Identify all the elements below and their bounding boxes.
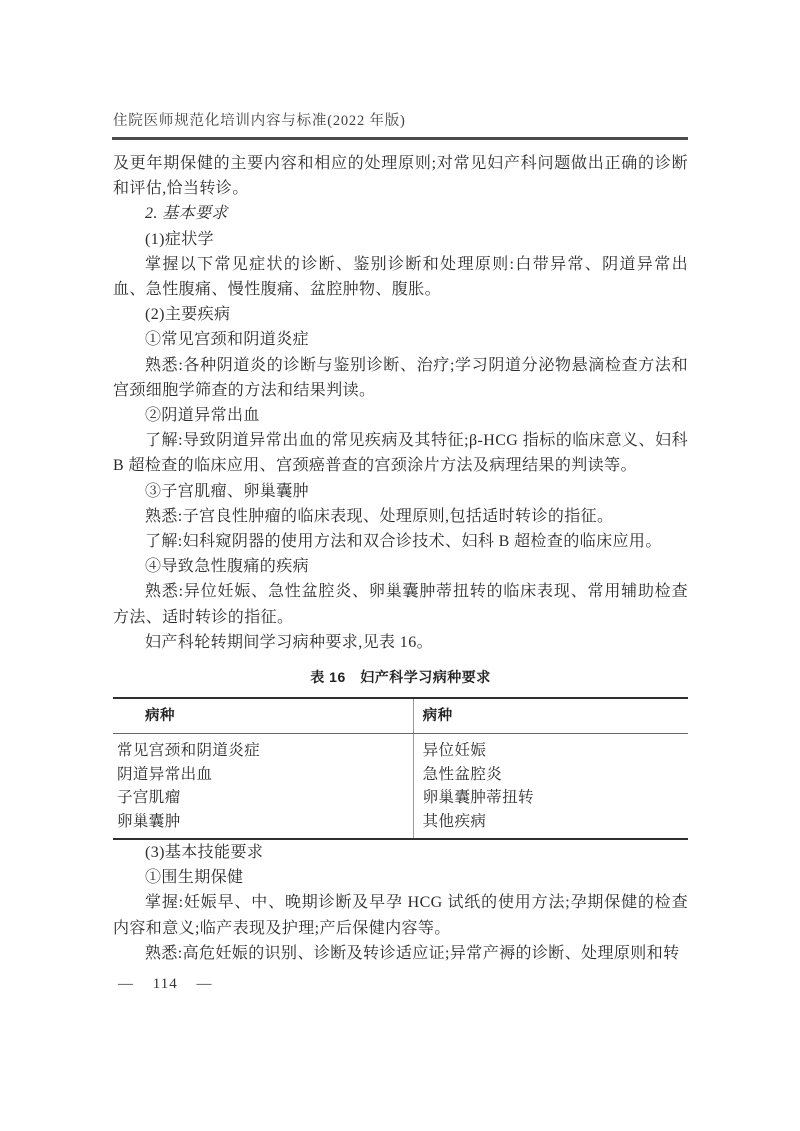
table-row: 阴道异常出血 急性盆腔炎	[113, 763, 688, 787]
table-cell: 其他疾病	[413, 810, 688, 839]
paragraph: 熟悉:异位妊娠、急性盆腔炎、卵巢囊肿蒂扭转的临床表现、常用辅助检查方法、适时转诊…	[113, 579, 688, 629]
table-row: 卵巢囊肿 其他疾病	[113, 810, 688, 839]
table-cell: 异位妊娠	[413, 734, 688, 763]
item-heading: ④导致急性腹痛的疾病	[113, 554, 688, 579]
paragraph: 熟悉:高危妊娠的识别、诊断及转诊适应证;异常产褥的诊断、处理原则和转	[113, 941, 688, 966]
paragraph: 掌握以下常见症状的诊断、鉴别诊断和处理原则:白带异常、阴道异常出血、急性腹痛、慢…	[113, 252, 688, 302]
table-cell: 阴道异常出血	[113, 763, 413, 787]
item-heading: ②阴道异常出血	[113, 403, 688, 428]
table-row: 子宫肌瘤 卵巢囊肿蒂扭转	[113, 786, 688, 810]
subsection-heading-basic-skills: (3)基本技能要求	[113, 840, 688, 865]
table-cell: 卵巢囊肿	[113, 810, 413, 839]
subsection-heading-symptomatology: (1)症状学	[113, 227, 688, 252]
table-caption: 表 16 妇产科学习病种要求	[113, 667, 688, 687]
table-header-cell: 病种	[113, 698, 413, 734]
paragraph: 掌握:妊娠早、中、晚期诊断及早孕 HCG 试纸的使用方法;孕期保健的检查内容和意…	[113, 890, 688, 940]
subsection-heading-main-diseases: (2)主要疾病	[113, 302, 688, 327]
table-16-disease-requirements: 病种 病种 常见宫颈和阴道炎症 异位妊娠 阴道异常出血 急性盆腔炎 子宫肌瘤	[113, 697, 688, 840]
table-cell: 卵巢囊肿蒂扭转	[413, 786, 688, 810]
table-header-cell: 病种	[413, 698, 688, 734]
running-header: 住院医师规范化培训内容与标准(2022 年版)	[113, 109, 406, 130]
page-number: — 114 —	[118, 976, 212, 993]
document-page: 住院医师规范化培训内容与标准(2022 年版) 及更年期保健的主要内容和相应的处…	[0, 0, 800, 1131]
item-heading: ③子宫肌瘤、卵巢囊肿	[113, 479, 688, 504]
item-heading: ①围生期保健	[113, 865, 688, 890]
page-body: 及更年期保健的主要内容和相应的处理原则;对常见妇产科问题做出正确的诊断和评估,恰…	[113, 151, 688, 966]
header-rule	[112, 137, 688, 140]
table-header-row: 病种 病种	[113, 698, 688, 734]
table-cell: 急性盆腔炎	[413, 763, 688, 787]
table-cell: 子宫肌瘤	[113, 786, 413, 810]
paragraph: 及更年期保健的主要内容和相应的处理原则;对常见妇产科问题做出正确的诊断和评估,恰…	[113, 151, 688, 201]
item-heading: ①常见宫颈和阴道炎症	[113, 327, 688, 352]
section-heading-basic-requirements: 2. 基本要求	[113, 201, 688, 226]
table-16-block: 表 16 妇产科学习病种要求 病种 病种 常见宫颈和阴道炎症 异位妊娠 阴道异常…	[113, 667, 688, 840]
paragraph: 了解:妇科窥阴器的使用方法和双合诊技术、妇科 B 超检查的临床应用。	[113, 529, 688, 554]
paragraph: 妇产科轮转期间学习病种要求,见表 16。	[113, 630, 688, 655]
table-row: 常见宫颈和阴道炎症 异位妊娠	[113, 734, 688, 763]
table-cell: 常见宫颈和阴道炎症	[113, 734, 413, 763]
paragraph: 熟悉:各种阴道炎的诊断与鉴别诊断、治疗;学习阴道分泌物悬滴检查方法和宫颈细胞学筛…	[113, 353, 688, 403]
paragraph: 了解:导致阴道异常出血的常见疾病及其特征;β-HCG 指标的临床意义、妇科 B …	[113, 428, 688, 478]
paragraph: 熟悉:子宫良性肿瘤的临床表现、处理原则,包括适时转诊的指征。	[113, 504, 688, 529]
